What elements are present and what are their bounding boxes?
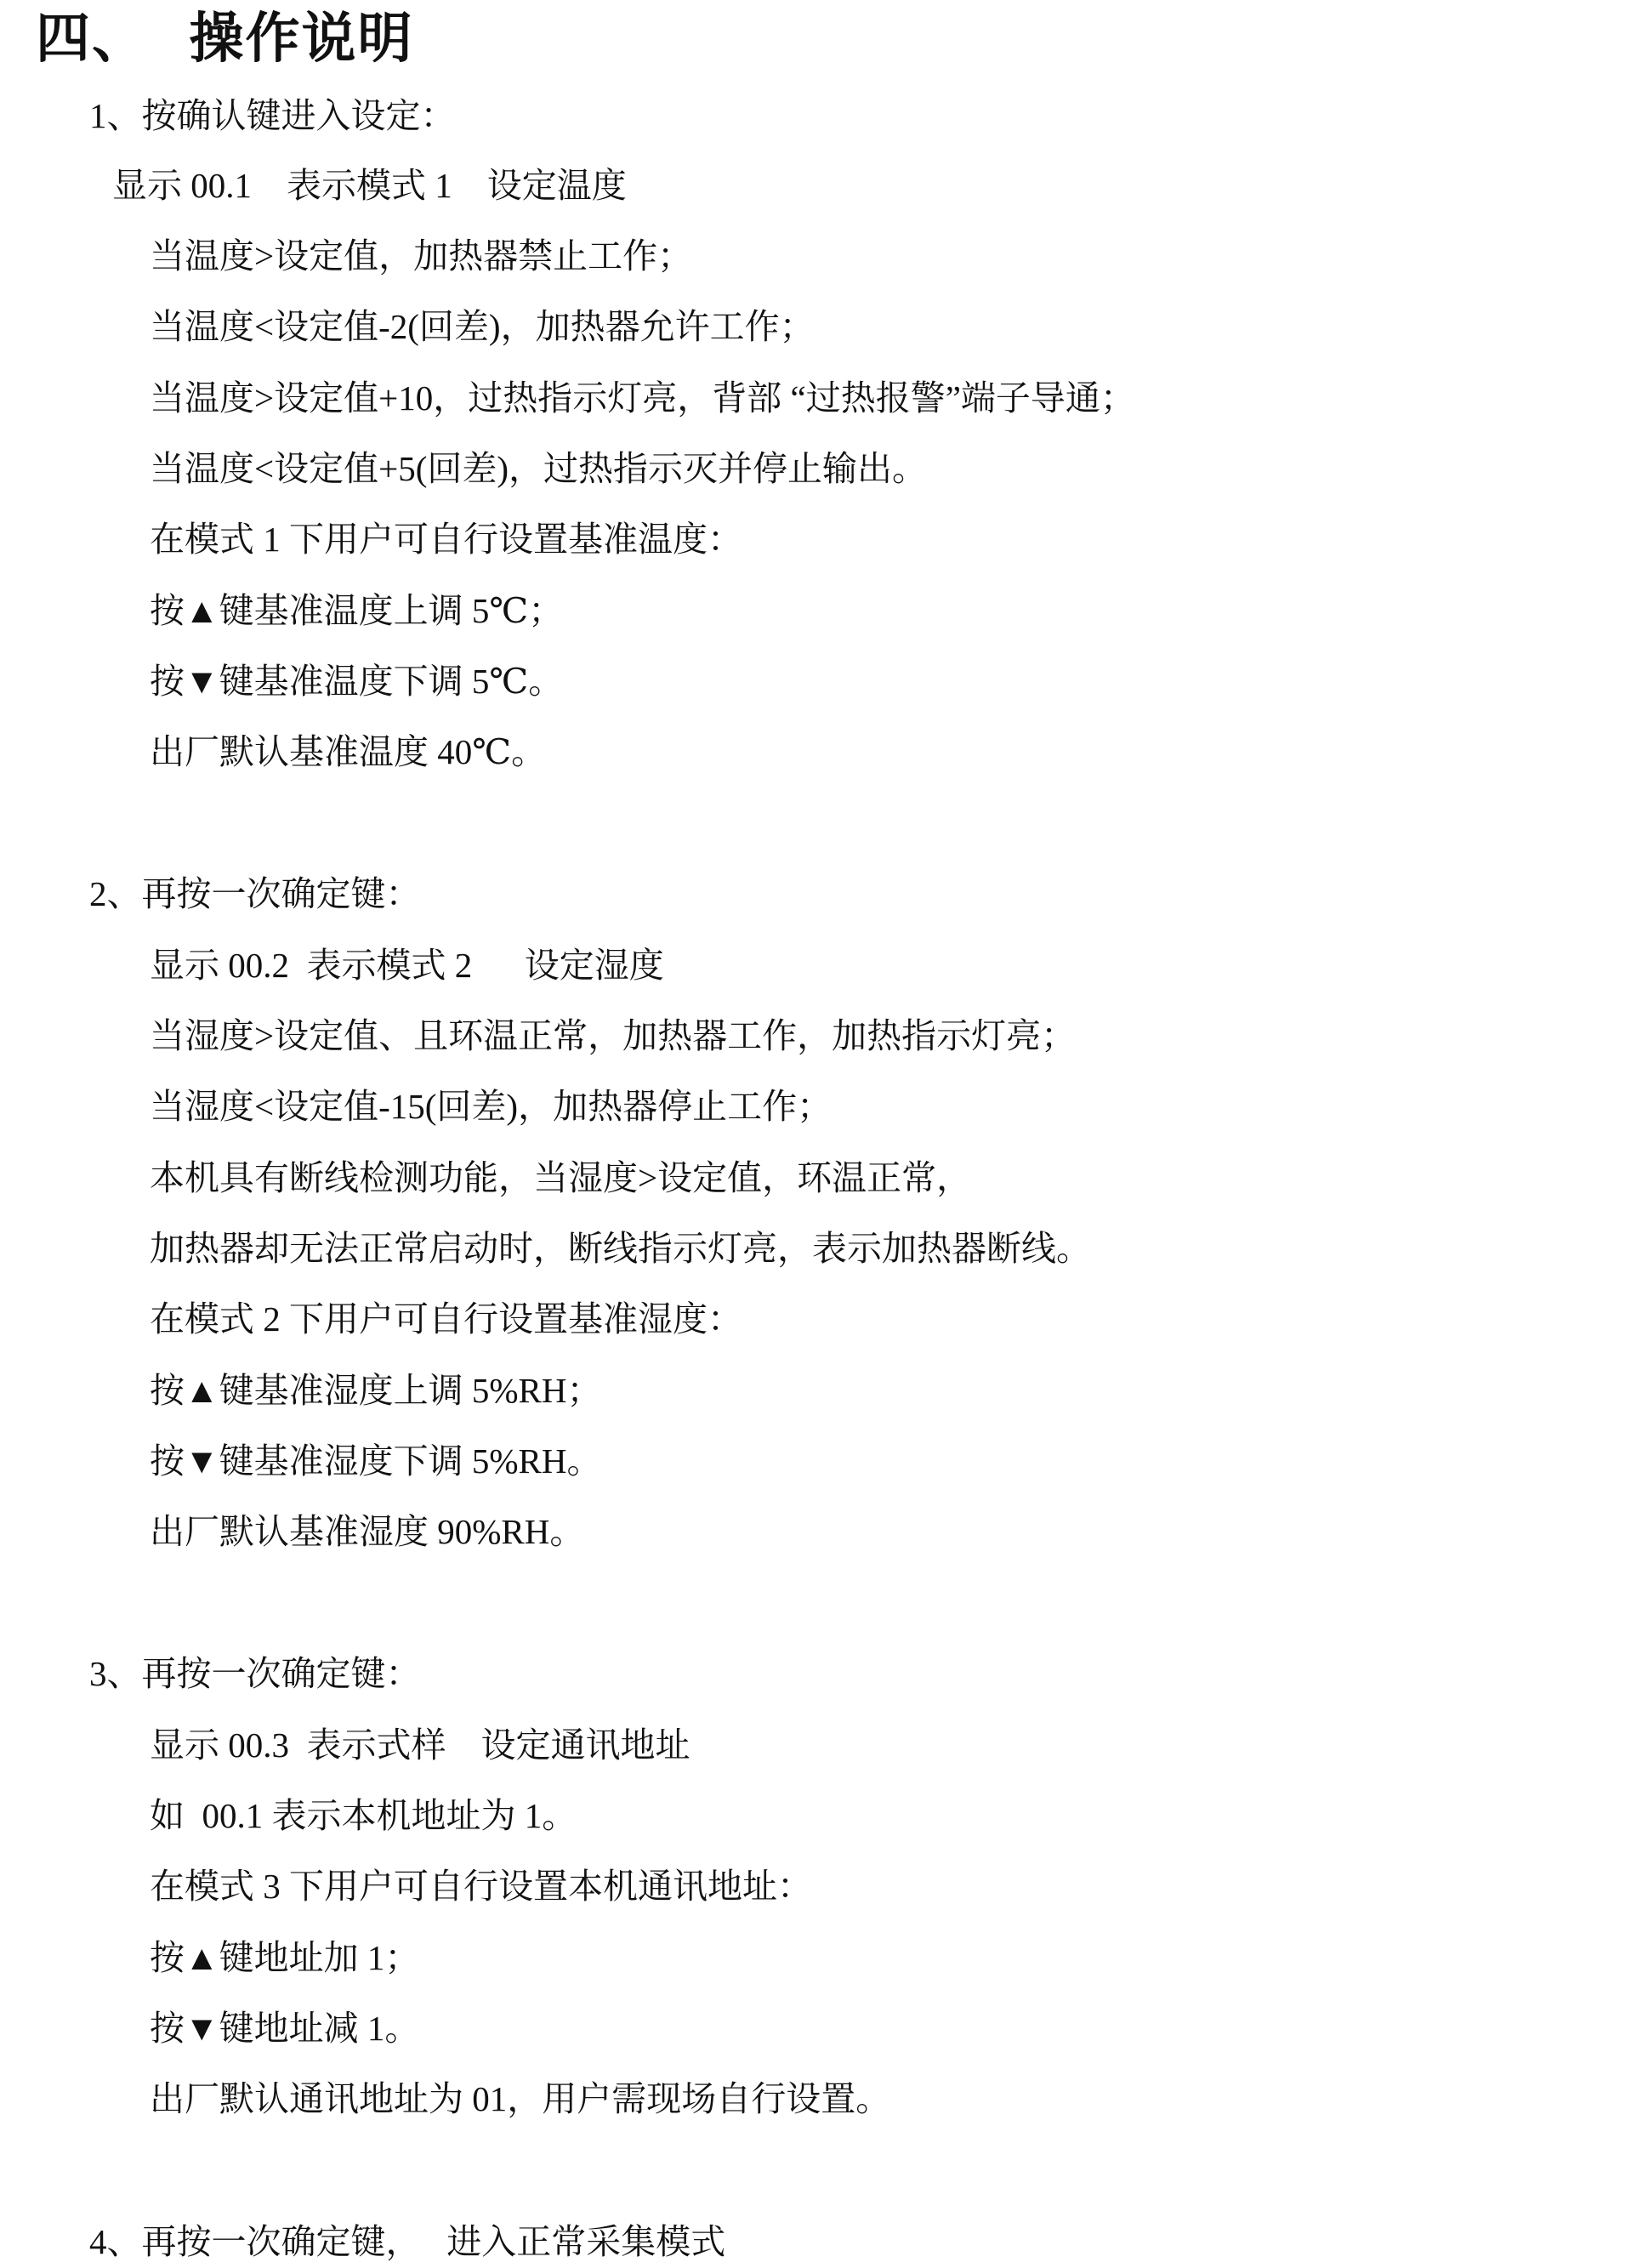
- step-3-line: 在模式 3 下用户可自行设置本机通讯地址：: [150, 1862, 812, 1910]
- step-2-line: 出厂默认基准湿度 90%RH。: [150, 1508, 584, 1555]
- document-page: 四、 操作说明 1、按确认键进入设定： 显示 00.1 表示模式 1 设定温度 …: [0, 0, 1648, 2268]
- step-2-line: 当湿度>设定值、且环温正常，加热器工作，加热指示灯亮；: [150, 1012, 1076, 1060]
- step-1-line: 当温度<设定值+5(回差)，过热指示灭并停止输出。: [150, 445, 927, 492]
- step-2-title: 2、再按一次确定键：: [89, 870, 421, 918]
- step-1-line: 按▲键基准温度上调 5℃；: [150, 587, 563, 634]
- step-2-display-line: 显示 00.2 表示模式 2 设定湿度: [150, 941, 664, 989]
- step-3-display-line: 显示 00.3 表示式样 设定通讯地址: [150, 1721, 690, 1769]
- section-heading: 四、 操作说明: [36, 5, 414, 73]
- step-1-line: 当温度<设定值-2(回差)，加热器允许工作；: [150, 303, 815, 350]
- step-2-line: 本机具有断线检测功能，当湿度>设定值，环温正常，: [150, 1154, 971, 1202]
- step-4-title: 4、再按一次确定键， 进入正常采集模式: [89, 2218, 725, 2265]
- step-1-line: 在模式 1 下用户可自行设置基准温度：: [150, 515, 742, 563]
- step-1-line: 出厂默认基准温度 40℃。: [150, 728, 546, 776]
- step-3-title: 3、再按一次确定键：: [89, 1650, 421, 1697]
- step-3-line: 按▲键地址加 1；: [150, 1934, 419, 1981]
- step-2-line: 在模式 2 下用户可自行设置基准湿度：: [150, 1295, 742, 1343]
- step-3-line: 按▼键地址减 1。: [150, 2004, 419, 2052]
- step-1-line: 当温度>设定值+10，过热指示灯亮，背部 “过热报警”端子导通；: [150, 374, 1135, 422]
- step-2-line: 当湿度<设定值-15(回差)，加热器停止工作；: [150, 1083, 832, 1130]
- step-3-line: 出厂默认通讯地址为 01，用户需现场自行设置。: [150, 2075, 890, 2123]
- step-1-line: 当温度>设定值，加热器禁止工作；: [150, 232, 692, 280]
- step-2-line: 按▲键基准湿度上调 5%RH；: [150, 1367, 601, 1414]
- step-1-title: 1、按确认键进入设定：: [89, 92, 456, 139]
- step-1-display-line: 显示 00.1 表示模式 1 设定温度: [112, 162, 627, 209]
- step-2-line: 加热器却无法正常启动时，断线指示灯亮，表示加热器断线。: [150, 1225, 1091, 1272]
- step-3-line: 如 00.1 表示本机地址为 1。: [150, 1792, 577, 1839]
- step-2-line: 按▼键基准湿度下调 5%RH。: [150, 1437, 601, 1485]
- step-1-line: 按▼键基准温度下调 5℃。: [150, 657, 563, 705]
